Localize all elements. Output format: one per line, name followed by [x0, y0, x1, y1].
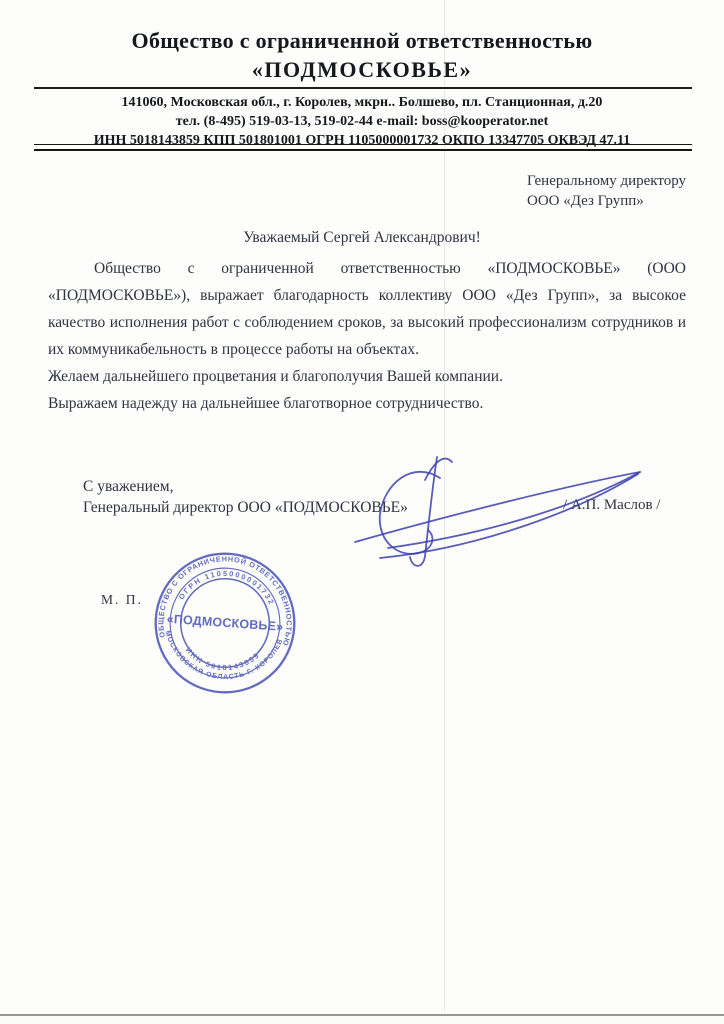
- company-title-line2: «ПОДМОСКОВЬЕ»: [0, 57, 724, 83]
- body-paragraph-3: Выражаем надежду на дальнейшее благотвор…: [48, 390, 686, 417]
- recipient-line2: ООО «Дез Групп»: [527, 192, 686, 212]
- salutation: Уважаемый Сергей Александрович!: [0, 229, 724, 247]
- signature-stroke: [380, 474, 638, 558]
- stamp-place-label: М. П.: [101, 592, 143, 608]
- body-paragraph-2: Желаем дальнейшего процветания и благопо…: [48, 363, 686, 390]
- scan-artifact-vertical-line: [444, 0, 445, 1012]
- letterhead-requisites: 141060, Московская обл., г. Королев, мкр…: [0, 93, 724, 150]
- company-round-stamp: ОБЩЕСТВО С ОГРАНИЧЕННОЙ ОТВЕТСТВЕННОСТЬЮ…: [143, 541, 307, 705]
- body-paragraph-1: Общество с ограниченной ответственностью…: [48, 255, 686, 363]
- stamp-center-name: «ПОДМОСКОВЬЕ»: [166, 612, 283, 634]
- letter-body: Общество с ограниченной ответственностью…: [48, 255, 686, 417]
- company-contacts: тел. (8-495) 519-03-13, 519-02-44 e-mail…: [0, 112, 724, 131]
- recipient-block: Генеральному директору ООО «Дез Групп»: [527, 172, 686, 211]
- handwritten-signature: [340, 440, 650, 590]
- scanned-letter-page: Общество с ограниченной ответственностью…: [0, 0, 724, 1024]
- signature-stroke: [355, 472, 640, 542]
- company-title-line1: Общество с ограниченной ответственностью: [0, 28, 724, 54]
- recipient-line1: Генеральному директору: [527, 172, 686, 192]
- scan-artifact-bottom-margin: [0, 1016, 724, 1024]
- letterhead: Общество с ограниченной ответственностью…: [0, 28, 724, 83]
- signature-stroke: [388, 472, 640, 548]
- letterhead-divider-top: [34, 87, 692, 89]
- letterhead-divider-bottom: [34, 144, 692, 151]
- company-address: 141060, Московская обл., г. Королев, мкр…: [0, 93, 724, 112]
